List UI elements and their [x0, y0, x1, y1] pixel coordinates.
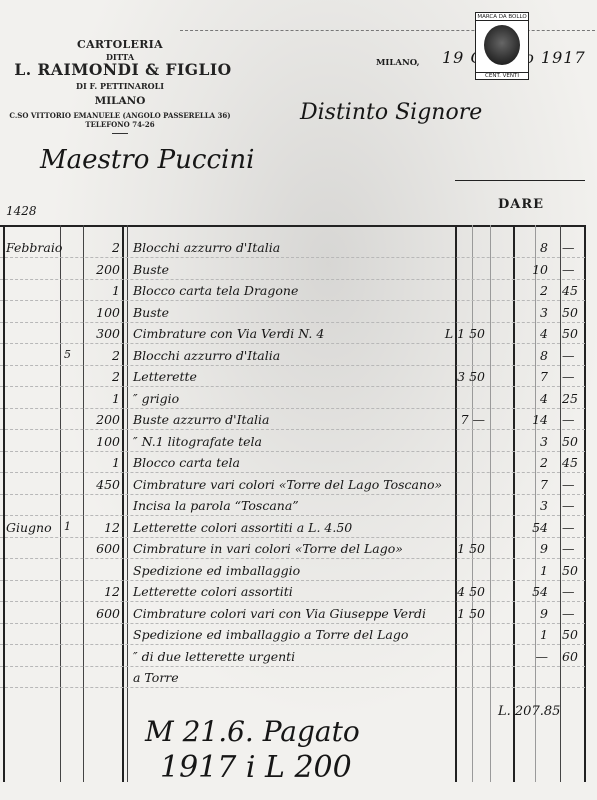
entry-description: Letterette: [133, 369, 197, 384]
entry-description: ″ N.1 litografate tela: [133, 434, 262, 449]
entry-lire: 10: [508, 262, 548, 277]
entry-quantity: 200: [80, 262, 120, 277]
stamp-portrait-icon: [484, 25, 520, 65]
row-rule: [0, 343, 585, 344]
letterhead-address: C.SO VITTORIO EMANUELE (ANGOLO PASSERELL…: [0, 111, 240, 120]
entry-description: Spedizione ed imballaggio a Torre del La…: [133, 627, 408, 642]
row-rule: [0, 365, 585, 366]
entry-unit-price: 4 50: [425, 584, 485, 599]
entry-quantity: 2: [80, 348, 120, 363]
entry-centesimi: —: [562, 369, 586, 384]
entry-description: Cimbrature vari colori «Torre del Lago T…: [133, 477, 442, 492]
row-rule: [0, 322, 585, 323]
row-rule: [0, 623, 585, 624]
row-rule: [0, 257, 585, 258]
dare-top-rule: [455, 180, 585, 181]
row-rule: [0, 601, 585, 602]
entry-lire: 4: [508, 391, 548, 406]
entry-centesimi: —: [562, 606, 586, 621]
entry-centesimi: —: [562, 498, 586, 513]
entry-quantity: 12: [80, 520, 120, 535]
ledger-rule: [490, 225, 491, 782]
row-rule: [0, 558, 585, 559]
entry-description: Blocchi azzurro d'Italia: [133, 240, 280, 255]
entry-month: Giugno: [6, 520, 52, 535]
entry-centesimi: 25: [562, 391, 586, 406]
ledger-rule: [472, 225, 473, 782]
entry-lire: 7: [508, 477, 548, 492]
letterhead-shop-type: CARTOLERIA: [60, 38, 180, 51]
payment-note-line2: 1917 i L 200: [160, 750, 352, 785]
entry-description: Buste: [133, 262, 169, 277]
entry-day: 5: [64, 348, 71, 361]
entry-quantity: 1: [80, 391, 120, 406]
entry-lire: 54: [508, 520, 548, 535]
letterhead-rule: [112, 133, 128, 134]
entry-description: Cimbrature in vari colori «Torre del Lag…: [133, 541, 403, 556]
entry-centesimi: —: [562, 412, 586, 427]
entry-lire: —: [508, 649, 548, 664]
entry-quantity: 1: [80, 283, 120, 298]
row-rule: [0, 580, 585, 581]
invoice-total: L. 207.85: [498, 704, 560, 719]
account-number: 1428: [6, 204, 37, 218]
entry-centesimi: 50: [562, 627, 586, 642]
ledger-rule: [122, 225, 124, 782]
entry-description: Blocco carta tela Dragone: [133, 283, 298, 298]
entry-description: Letterette colori assortiti: [133, 584, 293, 599]
entry-quantity: 300: [80, 326, 120, 341]
row-rule: [0, 408, 585, 409]
payment-note-line1: M 21.6. Pagato: [145, 715, 360, 748]
entry-description: a Torre: [133, 670, 179, 685]
entry-description: ″ di due letterette urgenti: [133, 649, 295, 664]
entry-unit-price: 1 50: [425, 541, 485, 556]
entry-unit-price: 3 50: [425, 369, 485, 384]
salutation: Distinto Signore: [300, 100, 482, 125]
row-rule: [0, 451, 585, 452]
addressee: Maestro Puccini: [40, 145, 254, 175]
entry-quantity: 450: [80, 477, 120, 492]
entry-quantity: 600: [80, 606, 120, 621]
entry-lire: 2: [508, 283, 548, 298]
entry-quantity: 2: [80, 369, 120, 384]
row-rule: [0, 429, 585, 430]
row-rule: [0, 386, 585, 387]
entry-description: Cimbrature colori vari con Via Giuseppe …: [133, 606, 426, 621]
invoice-page: CARTOLERIA DITTA L. RAIMONDI & FIGLIO DI…: [0, 0, 597, 800]
entry-description: Buste azzurro d'Italia: [133, 412, 269, 427]
entry-month: Febbraio: [6, 240, 62, 255]
stamp-top-text: MARCA DA BOLLO: [476, 14, 528, 21]
row-rule: [0, 472, 585, 473]
entry-description: Letterette colori assortiti a L. 4.50: [133, 520, 352, 535]
entry-lire: 7: [508, 369, 548, 384]
entry-lire: 3: [508, 434, 548, 449]
ledger-rule: [60, 225, 61, 782]
stamp-bottom-text: CENT. VENTI: [476, 72, 528, 79]
place-label: MILANO,: [376, 58, 420, 68]
ledger-top-rule: [0, 225, 585, 227]
entry-centesimi: —: [562, 262, 586, 277]
entry-unit-price: 1 50: [425, 606, 485, 621]
entry-lire: 4: [508, 326, 548, 341]
entry-lire: 54: [508, 584, 548, 599]
entry-description: Spedizione ed imballaggio: [133, 563, 300, 578]
entry-centesimi: —: [562, 348, 586, 363]
entry-description: Incisa la parola “Toscana”: [133, 498, 299, 513]
entry-centesimi: —: [562, 584, 586, 599]
row-rule: [0, 279, 585, 280]
entry-centesimi: 50: [562, 326, 586, 341]
entry-description: Blocco carta tela: [133, 455, 240, 470]
entry-unit-price: L 1 50: [425, 326, 485, 341]
letterhead-telephone: TELEFONO 74-26: [60, 120, 180, 129]
row-rule: [0, 300, 585, 301]
row-rule: [0, 494, 585, 495]
entry-quantity: 200: [80, 412, 120, 427]
entry-lire: 1: [508, 627, 548, 642]
entry-centesimi: —: [562, 541, 586, 556]
entry-centesimi: 50: [562, 563, 586, 578]
entry-lire: 1: [508, 563, 548, 578]
entry-centesimi: —: [562, 477, 586, 492]
letterhead-owner: DI F. PETTINAROLI: [50, 81, 190, 91]
entry-quantity: 600: [80, 541, 120, 556]
row-rule: [0, 537, 585, 538]
entry-centesimi: —: [562, 520, 586, 535]
column-header-dare: DARE: [498, 197, 544, 212]
ledger-rule: [127, 225, 128, 782]
entry-centesimi: 45: [562, 455, 586, 470]
entry-unit-price: 7 —: [425, 412, 485, 427]
entry-description: Blocchi azzurro d'Italia: [133, 348, 280, 363]
row-rule: [0, 666, 585, 667]
entry-quantity: 2: [80, 240, 120, 255]
entry-lire: 8: [508, 348, 548, 363]
entry-description: Cimbrature con Via Verdi N. 4: [133, 326, 324, 341]
ledger-rule: [455, 225, 457, 782]
entry-description: ″ grigio: [133, 391, 179, 406]
entry-quantity: 100: [80, 434, 120, 449]
entry-centesimi: 50: [562, 434, 586, 449]
entry-centesimi: 60: [562, 649, 586, 664]
entry-description: Buste: [133, 305, 169, 320]
entry-quantity: 1: [80, 455, 120, 470]
ledger-rule: [560, 225, 561, 782]
entry-lire: 8: [508, 240, 548, 255]
top-dashed-rule: [180, 30, 597, 31]
revenue-stamp: MARCA DA BOLLO CENT. VENTI: [475, 12, 529, 80]
entry-centesimi: 45: [562, 283, 586, 298]
entry-lire: 2: [508, 455, 548, 470]
entry-lire: 3: [508, 305, 548, 320]
entry-day: 1: [64, 520, 71, 533]
entry-lire: 9: [508, 606, 548, 621]
entry-lire: 9: [508, 541, 548, 556]
entry-centesimi: 50: [562, 305, 586, 320]
ledger-rule: [3, 225, 5, 782]
row-rule: [0, 515, 585, 516]
row-rule: [0, 644, 585, 645]
entry-quantity: 12: [80, 584, 120, 599]
letterhead-firm-name: L. RAIMONDI & FIGLIO: [8, 60, 238, 79]
letterhead-city: MILANO: [60, 95, 180, 107]
row-rule: [0, 687, 585, 688]
entry-lire: 14: [508, 412, 548, 427]
entry-centesimi: —: [562, 240, 586, 255]
entry-quantity: 100: [80, 305, 120, 320]
entry-lire: 3: [508, 498, 548, 513]
